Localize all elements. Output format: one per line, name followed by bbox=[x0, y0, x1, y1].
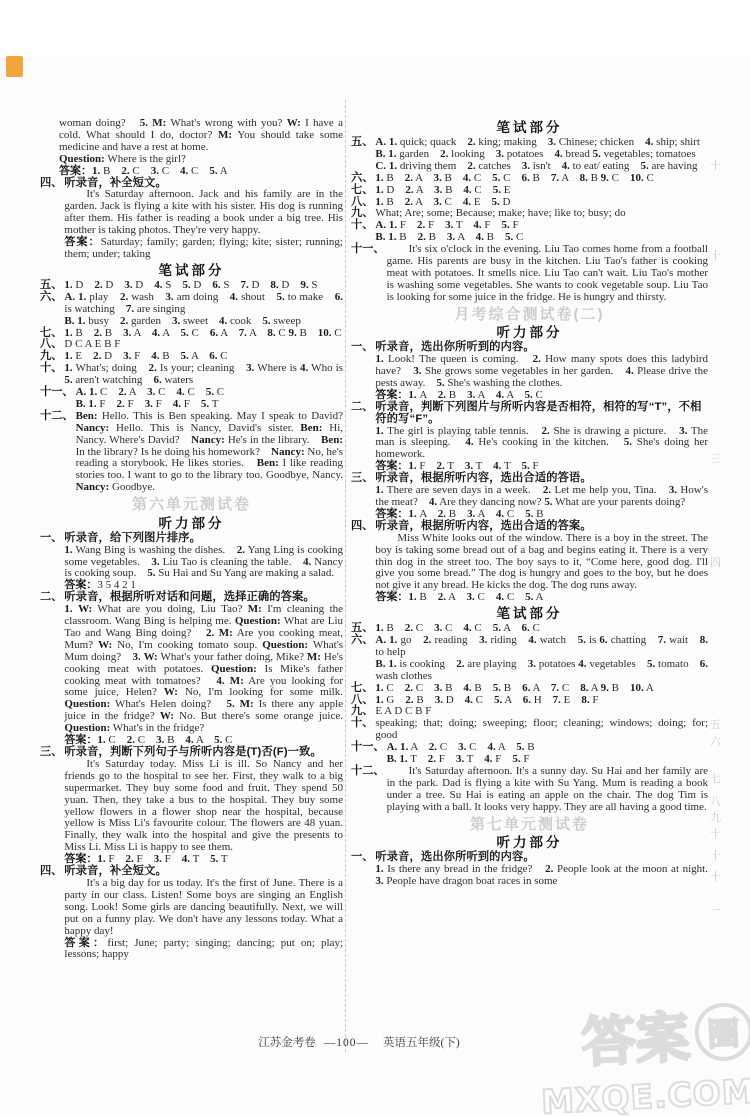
item-body: 听录音，根据所听内容，选出合适的答语。1. There are seven da… bbox=[375, 473, 708, 521]
paper-title-watermark: 第七单元测试卷 bbox=[351, 817, 708, 834]
item-body: 听录音，选出你所听到的内容。1. Look! The queen is comi… bbox=[375, 342, 708, 402]
item-marker: 十一、 bbox=[351, 742, 387, 754]
item-marker: 十二、 bbox=[351, 766, 387, 778]
answer-item: 十、A. 1. F 2. F 3. T 4. F 5. FB. 1. B 2. … bbox=[351, 220, 708, 244]
margin-mark: 十 bbox=[710, 157, 721, 173]
answer-item: 四、听录音，补全短文。It's Saturday afternoon. Jack… bbox=[40, 178, 343, 261]
answer-text: woman doing? 5. M: What's wrong with you… bbox=[59, 118, 343, 154]
answer-label: 答案： bbox=[375, 508, 408, 520]
answer-text: It's Saturday afternoon. Jack and his fa… bbox=[64, 189, 343, 237]
answer-item: 三、听录音，根据所听内容，选出合适的答语。1. There are seven … bbox=[351, 473, 708, 521]
answer-text: A. 1. play 2. wash 3. am doing 4. shout … bbox=[64, 292, 343, 316]
answer-item: 十一、It's six o'clock in the evening. Liu … bbox=[351, 244, 708, 304]
answer-line: 答案：first; June; party; singing; dancing;… bbox=[64, 938, 343, 962]
item-body: 听录音，根据所听对话和问题，选择正确的答案。1. W: What are you… bbox=[64, 592, 343, 747]
column-divider bbox=[345, 100, 346, 1052]
answer-item: 四、听录音，根据所听内容，选出合适的答案。Miss White looks ou… bbox=[351, 521, 708, 604]
answer-line: 答案：1. B 2. C 3. C 4. C 5. A bbox=[59, 166, 343, 178]
item-marker: 二、 bbox=[351, 402, 375, 414]
answer-item: 六、A. 1. play 2. wash 3. am doing 4. shou… bbox=[40, 292, 343, 328]
answer-item: woman doing? 5. M: What's wrong with you… bbox=[40, 118, 343, 178]
item-body: It's six o'clock in the evening. Liu Tao… bbox=[387, 244, 708, 304]
right-column: 笔试部分五、A. 1. quick; quack 2. king; making… bbox=[351, 118, 708, 888]
item-marker: 十一、 bbox=[351, 244, 387, 256]
paper-title-watermark: 第六单元测试卷 bbox=[40, 497, 343, 514]
answer-line: 答案：Saturday; family; garden; flying; kit… bbox=[64, 237, 343, 261]
answer-item: 一、听录音，选出你所听到的内容。1. Is there any bread in… bbox=[351, 852, 708, 888]
answer-values: first; June; party; singing; dancing; pu… bbox=[64, 937, 343, 961]
answer-item: 十一、A. 1. A 2. C 3. C 4. A 5. BB. 1. T 2.… bbox=[351, 742, 708, 766]
margin-mark: 八 bbox=[710, 793, 721, 809]
answer-line: 答案：1. A 2. B 3. A 4. C 5. B bbox=[375, 509, 708, 521]
answer-text: 1. There are seven days in a week. 2. Le… bbox=[375, 485, 708, 509]
item-marker: 四、 bbox=[351, 521, 375, 533]
answer-text: B. 1. is cooking 2. are playing 3. potat… bbox=[375, 659, 708, 683]
answer-label: 答案： bbox=[64, 236, 100, 248]
margin-mark: 六 bbox=[710, 733, 721, 749]
item-marker: 六、 bbox=[351, 173, 375, 185]
answer-values: 1. B 2. A 3. C 4. C 5. A bbox=[408, 591, 543, 603]
answer-values: Saturday; family; garden; flying; kite; … bbox=[64, 236, 343, 260]
footer-subject: 英语五年级(下) bbox=[383, 1037, 460, 1049]
margin-mark: 五 bbox=[710, 716, 721, 732]
item-body: 1. What's; doing 2. Is your; cleaning 3.… bbox=[64, 363, 343, 387]
item-body: 听录音，给下列图片排序。1. Wang Bing is washing the … bbox=[64, 533, 343, 593]
answer-item: 六、A. 1. go 2. reading 3. riding 4. watch… bbox=[351, 635, 708, 683]
corner-yellow-tab bbox=[6, 56, 23, 77]
answer-label: 答案： bbox=[64, 937, 107, 949]
answer-item: 二、听录音，根据所听对话和问题，选择正确的答案。1. W: What are y… bbox=[40, 592, 343, 747]
answer-text: Ben: Hello. This is Ben speaking. May I … bbox=[76, 411, 343, 494]
answer-label: 答案： bbox=[375, 460, 408, 472]
margin-mark: 十 bbox=[710, 825, 721, 841]
item-body: 听录音，根据所听内容，选出合适的答案。Miss White looks out … bbox=[375, 521, 708, 604]
item-body: 1. D 2. D 3. D 4. S 5. D 6. S 7. D 8. D … bbox=[64, 280, 343, 292]
item-marker: 十、 bbox=[40, 363, 64, 375]
item-marker: 十、 bbox=[351, 718, 375, 730]
item-marker: 十一、 bbox=[40, 387, 76, 399]
answer-text: It's Saturday today. Miss Li is ill. So … bbox=[64, 759, 343, 854]
margin-mark: 九 bbox=[710, 809, 721, 825]
item-body: 听录音，判断下列句子与所听内容是(T)否(F)一致。It's Saturday … bbox=[64, 747, 343, 866]
watermark-circle-glyph: 圈 bbox=[693, 1001, 750, 1062]
item-marker: 四、 bbox=[40, 866, 64, 878]
answer-text: 1. C 2. C 3. B 4. B 5. B 6. A 7. C 8. A … bbox=[375, 683, 708, 695]
answer-text: 1. D 2. A 3. B 4. C 5. E bbox=[375, 185, 708, 197]
item-body: A. 1. play 2. wash 3. am doing 4. shout … bbox=[64, 292, 343, 328]
answer-text: It's six o'clock in the evening. Liu Tao… bbox=[387, 244, 708, 304]
answer-text: speaking; that; doing; sweeping; floor; … bbox=[375, 718, 708, 742]
answer-label: 答案： bbox=[375, 591, 408, 603]
section-heading: 听力部分 bbox=[40, 516, 343, 531]
margin-mark: 七 bbox=[710, 770, 721, 786]
answer-values: 1. F 2. T 3. T 4. T 5. F bbox=[408, 460, 538, 472]
item-body: A. 1. F 2. F 3. T 4. F 5. FB. 1. B 2. B … bbox=[375, 220, 708, 244]
item-body: 1. D 2. A 3. B 4. C 5. E bbox=[375, 185, 708, 197]
item-marker: 五、 bbox=[351, 137, 375, 149]
answer-line: 答案：1. B 2. A 3. C 4. C 5. A bbox=[375, 592, 708, 604]
answer-text: 1. The girl is playing table tennis. 2. … bbox=[375, 426, 708, 462]
answer-values: 1. A 2. B 3. A 4. A 5. C bbox=[408, 389, 543, 401]
item-marker: 七、 bbox=[351, 683, 375, 695]
item-marker: 三、 bbox=[351, 473, 375, 485]
answer-text: 1. B 2. A 3. B 4. C 5. C 6. B 7. A 8. B … bbox=[375, 173, 708, 185]
answer-label: 答案： bbox=[64, 579, 97, 591]
margin-mark: 十 bbox=[710, 847, 721, 863]
item-body: 1. C 2. C 3. B 4. B 5. B 6. A 7. C 8. A … bbox=[375, 683, 708, 695]
item-body: 听录音，判断下列图片与所听内容是否相符，相符的写“T”，不相符的写“F”。1. … bbox=[375, 402, 708, 473]
answer-item: 十一、A. 1. C 2. A 3. C 4. C 5. CB. 1. F 2.… bbox=[40, 387, 343, 411]
answer-text: It's a big day for us today. It's the fi… bbox=[64, 878, 343, 938]
watermark-brand-text: 答案 bbox=[580, 995, 692, 1078]
answer-values: 1. B 2. C 3. C 4. C 5. A bbox=[92, 165, 228, 177]
item-marker: 三、 bbox=[40, 747, 64, 759]
item-marker: 六、 bbox=[351, 635, 375, 647]
answer-text: 1. What's; doing 2. Is your; cleaning 3.… bbox=[64, 363, 343, 387]
item-marker: 一、 bbox=[351, 342, 375, 354]
margin-mark: 三 bbox=[710, 450, 721, 466]
left-column: woman doing? 5. M: What's wrong with you… bbox=[40, 118, 343, 961]
section-heading: 笔试部分 bbox=[351, 120, 708, 135]
paper-title-watermark: 月考综合测试卷(二) bbox=[351, 307, 708, 324]
section-heading: 听力部分 bbox=[351, 835, 708, 850]
item-body: 听录音，选出你所听到的内容。1. Is there any bread in t… bbox=[375, 852, 708, 888]
item-body: A. 1. C 2. A 3. C 4. C 5. CB. 1. F 2. F … bbox=[76, 387, 343, 411]
answer-text: It's Saturday afternoon. It's a sunny da… bbox=[387, 766, 708, 814]
item-heading: 听录音，判断下列图片与所听内容是否相符，相符的写“T”，不相符的写“F”。 bbox=[375, 402, 708, 426]
answer-values: 1. F 2. F 3. F 4. T 5. T bbox=[97, 853, 227, 865]
answer-text: 1. Look! The queen is coming. 2. How man… bbox=[375, 354, 708, 390]
answer-item: 二、听录音，判断下列图片与所听内容是否相符，相符的写“T”，不相符的写“F”。1… bbox=[351, 402, 708, 473]
item-marker: 五、 bbox=[40, 280, 64, 292]
margin-mark: 一 bbox=[710, 902, 721, 918]
answer-text: B. 1. busy 2. garden 3. sweet 4. cook 5.… bbox=[64, 316, 343, 328]
margin-mark: 四 bbox=[710, 554, 721, 570]
margin-mark: 十 bbox=[710, 868, 721, 884]
answer-item: 一、听录音，选出你所听到的内容。1. Look! The queen is co… bbox=[351, 342, 708, 402]
answer-text: 1. Is there any bread in the fridge? 2. … bbox=[375, 864, 708, 888]
item-marker: 十二、 bbox=[40, 411, 76, 423]
answer-item: 十、1. What's; doing 2. Is your; cleaning … bbox=[40, 363, 343, 387]
section-heading: 听力部分 bbox=[351, 325, 708, 340]
item-marker: 四、 bbox=[40, 178, 64, 190]
watermark: 答案 圈 MXQE.COM bbox=[537, 991, 750, 1116]
item-body: 听录音，补全短文。It's Saturday afternoon. Jack a… bbox=[64, 178, 343, 261]
answer-item: 一、听录音，给下列图片排序。1. Wang Bing is washing th… bbox=[40, 533, 343, 593]
item-body: It's Saturday afternoon. It's a sunny da… bbox=[387, 766, 708, 814]
item-body: speaking; that; doing; sweeping; floor; … bbox=[375, 718, 708, 742]
answer-text: 1. W: What are you doing, Liu Tao? M: I'… bbox=[64, 604, 343, 735]
item-marker: 二、 bbox=[40, 592, 64, 604]
answer-label: 答案： bbox=[64, 734, 97, 746]
item-body: Ben: Hello. This is Ben speaking. May I … bbox=[76, 411, 343, 494]
answer-values: 1. A 2. B 3. A 4. C 5. B bbox=[408, 508, 543, 520]
answer-label: 答案： bbox=[375, 389, 408, 401]
section-heading: 笔试部分 bbox=[351, 606, 708, 621]
item-body: 听录音，补全短文。It's a big day for us today. It… bbox=[64, 866, 343, 961]
answer-values: 1. C 2. C 3. B 4. A 5. C bbox=[97, 734, 232, 746]
answer-text: C. 1. driving them 2. catches 3. isn't 4… bbox=[375, 161, 708, 173]
answer-item: 十二、Ben: Hello. This is Ben speaking. May… bbox=[40, 411, 343, 494]
item-marker: 六、 bbox=[40, 292, 64, 304]
item-marker: 十、 bbox=[351, 220, 375, 232]
footer-page-number: —100— bbox=[324, 1037, 369, 1049]
answer-item: 三、听录音，判断下列句子与所听内容是(T)否(F)一致。It's Saturda… bbox=[40, 747, 343, 866]
answer-text: 1. Wang Bing is washing the dishes. 2. Y… bbox=[64, 545, 343, 581]
item-marker: 七、 bbox=[351, 185, 375, 197]
answer-text: 1. D 2. D 3. D 4. S 5. D 6. S 7. D 8. D … bbox=[64, 280, 343, 292]
item-body: A. 1. go 2. reading 3. riding 4. watch 5… bbox=[375, 635, 708, 683]
margin-mark: 十 bbox=[710, 247, 721, 263]
answer-item: 五、A. 1. quick; quack 2. king; making 3. … bbox=[351, 137, 708, 173]
answer-text: Miss White looks out of the window. Ther… bbox=[375, 533, 708, 593]
answer-line: 答案：1. A 2. B 3. A 4. A 5. C bbox=[375, 390, 708, 402]
item-marker: 一、 bbox=[40, 533, 64, 545]
item-body: A. 1. A 2. C 3. C 4. A 5. BB. 1. T 2. F … bbox=[387, 742, 708, 766]
answer-label: 答案： bbox=[59, 165, 92, 177]
item-heading: 听录音，给下列图片排序。 bbox=[64, 533, 343, 545]
item-body: 1. B 2. A 3. B 4. C 5. C 6. B 7. A 8. B … bbox=[375, 173, 708, 185]
answer-item: 十、speaking; that; doing; sweeping; floor… bbox=[351, 718, 708, 742]
item-body: A. 1. quick; quack 2. king; making 3. Ch… bbox=[375, 137, 708, 173]
watermark-site-url: MXQE.COM bbox=[541, 1071, 750, 1116]
footer-book-title: 江苏金考卷 bbox=[258, 1037, 316, 1049]
answer-text: A. 1. go 2. reading 3. riding 4. watch 5… bbox=[375, 635, 708, 659]
item-body: woman doing? 5. M: What's wrong with you… bbox=[59, 118, 343, 178]
watermark-brand: 答案 圈 bbox=[537, 991, 750, 1079]
section-heading: 笔试部分 bbox=[40, 263, 343, 278]
answer-item: 十二、It's Saturday afternoon. It's a sunny… bbox=[351, 766, 708, 814]
answer-label: 答案： bbox=[64, 853, 97, 865]
item-heading: 听录音，根据所听内容，选出合适的答案。 bbox=[375, 521, 708, 533]
answer-item: 四、听录音，补全短文。It's a big day for us today. … bbox=[40, 866, 343, 961]
answer-values: 3 5 4 2 1 bbox=[97, 579, 136, 591]
item-marker: 一、 bbox=[351, 852, 375, 864]
